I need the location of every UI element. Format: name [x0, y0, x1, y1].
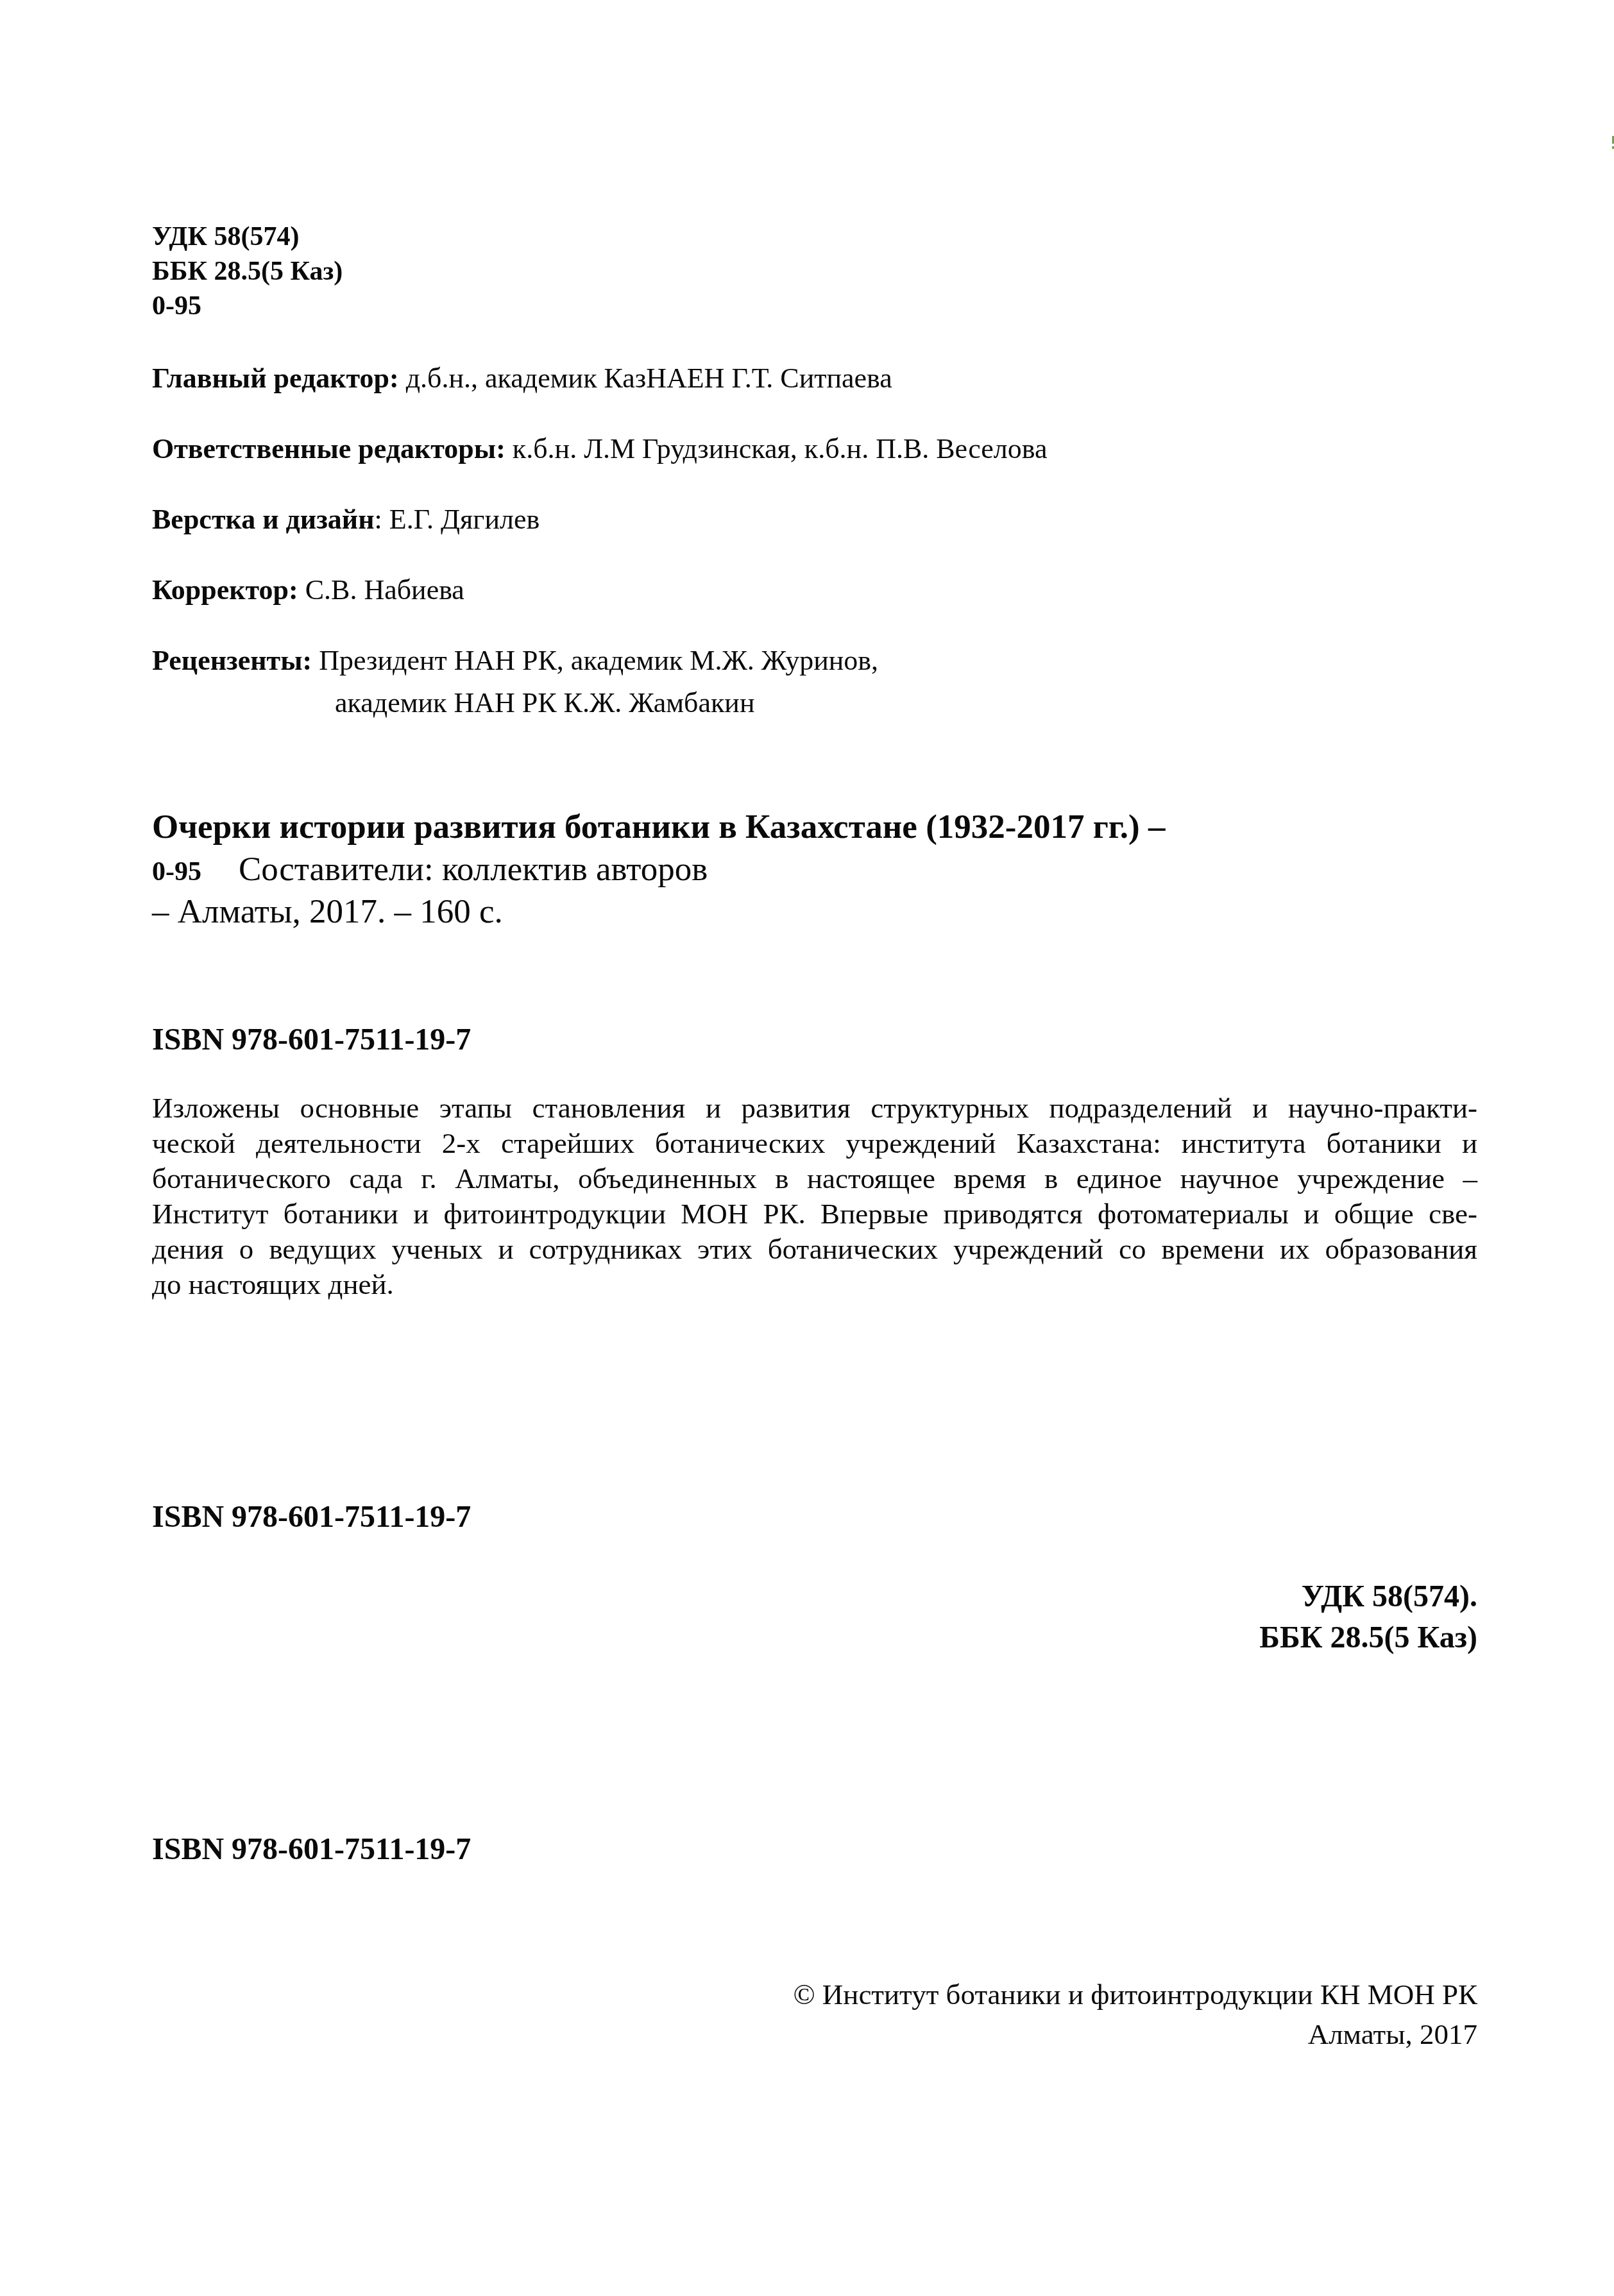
annotation-line: Институт ботаники и фитоинтродукции МОН …: [152, 1196, 1477, 1232]
bbk-code: ББК 28.5(5 Каз): [152, 258, 343, 285]
annotation-line: ческой деятельности 2-х старейших ботани…: [152, 1126, 1477, 1161]
credit-proofreader: Корректор: С.В. Набиева: [152, 576, 464, 604]
udk-code-right: УДК 58(574).: [1302, 1581, 1477, 1612]
credit-reviewers-continuation: академик НАН РК К.Ж. Жамбакин: [335, 689, 754, 717]
bbk-code-right: ББК 28.5(5 Каз): [1259, 1622, 1477, 1653]
compilers-line: 0-95Составители: коллектив авторов: [152, 853, 708, 887]
credit-value: : Е.Г. Дягилев: [375, 504, 540, 535]
compilers: Составители: коллектив авторов: [239, 851, 708, 888]
credit-responsible-editors: Ответственные редакторы: к.б.н. Л.М Груд…: [152, 435, 1048, 463]
credit-layout-design: Верстка и дизайн: Е.Г. Дягилев: [152, 506, 539, 534]
copyright-holder: © Институт ботаники и фитоинтродукции КН…: [793, 1980, 1477, 2009]
credit-value: к.б.н. Л.М Грудзинская, к.б.н. П.В. Весе…: [505, 433, 1048, 464]
author-mark: 0-95: [152, 293, 201, 319]
author-mark-inline: 0-95: [152, 858, 239, 885]
imprint: – Алматы, 2017. – 160 с.: [152, 895, 503, 929]
credit-label: Ответственные редакторы:: [152, 433, 505, 464]
annotation-line: дения о ведущих ученых и сотрудниках эти…: [152, 1232, 1477, 1267]
annotation-line: ботанического сада г. Алматы, объединенн…: [152, 1161, 1477, 1196]
book-title: Очерки истории развития ботаники в Казах…: [152, 810, 1166, 844]
udk-code: УДК 58(574): [152, 223, 299, 250]
isbn-tertiary: ISBN 978-601-7511-19-7: [152, 1834, 471, 1865]
credit-label: Рецензенты:: [152, 645, 312, 676]
credit-label: Верстка и дизайн: [152, 504, 375, 535]
credit-value: Президент НАН РК, академик М.Ж. Журинов,: [312, 645, 878, 676]
isbn-primary: ISBN 978-601-7511-19-7: [152, 1025, 471, 1055]
isbn-secondary: ISBN 978-601-7511-19-7: [152, 1502, 471, 1533]
credit-label: Корректор:: [152, 574, 298, 606]
credit-reviewers: Рецензенты: Президент НАН РК, академик М…: [152, 647, 878, 675]
annotation: Изложены основные этапы становления и ра…: [152, 1091, 1477, 1302]
credit-value: С.В. Набиева: [298, 574, 464, 606]
credit-chief-editor: Главный редактор: д.б.н., академик КазНА…: [152, 364, 892, 393]
copyright-place-year: Алматы, 2017: [1308, 2020, 1477, 2049]
credit-value: д.б.н., академик КазНАЕН Г.Т. Ситпаева: [399, 362, 892, 394]
annotation-line: Изложены основные этапы становления и ра…: [152, 1091, 1477, 1126]
annotation-line: до настоящих дней.: [152, 1267, 1477, 1302]
credit-label: Главный редактор:: [152, 362, 399, 394]
